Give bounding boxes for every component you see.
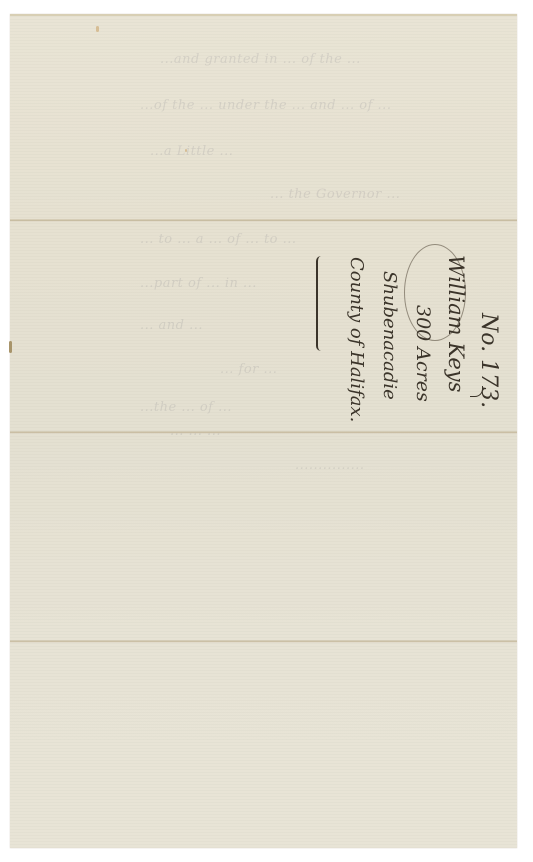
stain-spot [96, 26, 99, 32]
grantee-name: William Keys [439, 243, 472, 433]
grant-number: No. 173. [472, 243, 505, 433]
bleed-through-line: ...the ... of ... [140, 400, 232, 415]
endorsement-text-block: No. 173. William Keys 300 Acres Shubenac… [340, 243, 505, 433]
bleed-through-line: ............... [295, 458, 365, 473]
endorsement-docket: No. 173. William Keys 300 Acres Shubenac… [300, 225, 510, 425]
fold-line-1 [10, 219, 517, 222]
location: Shubenacadie [373, 243, 406, 433]
bleed-through-line: ... ... ... [170, 424, 221, 439]
bleed-through-line: ...and granted in ... of the ... [160, 52, 361, 67]
edge-mark [9, 341, 12, 353]
fold-line-3 [10, 640, 517, 643]
bleed-through-line: ...part of ... in ... [140, 276, 257, 291]
bleed-through-line: ... and ... [140, 318, 203, 333]
bleed-through-line: ...a Little ... [150, 144, 233, 159]
paper-top-edge [10, 14, 517, 16]
bleed-through-line: ... the Governor ... [270, 187, 400, 202]
bleed-through-line: ... to ... a ... of ... to ... [140, 232, 297, 247]
bleed-through-line: ...of the ... under the ... and ... of .… [140, 98, 391, 113]
county: County of Halifax. [340, 243, 373, 433]
acreage: 300 Acres [406, 243, 439, 433]
bleed-through-line: ... for ... [220, 362, 277, 377]
